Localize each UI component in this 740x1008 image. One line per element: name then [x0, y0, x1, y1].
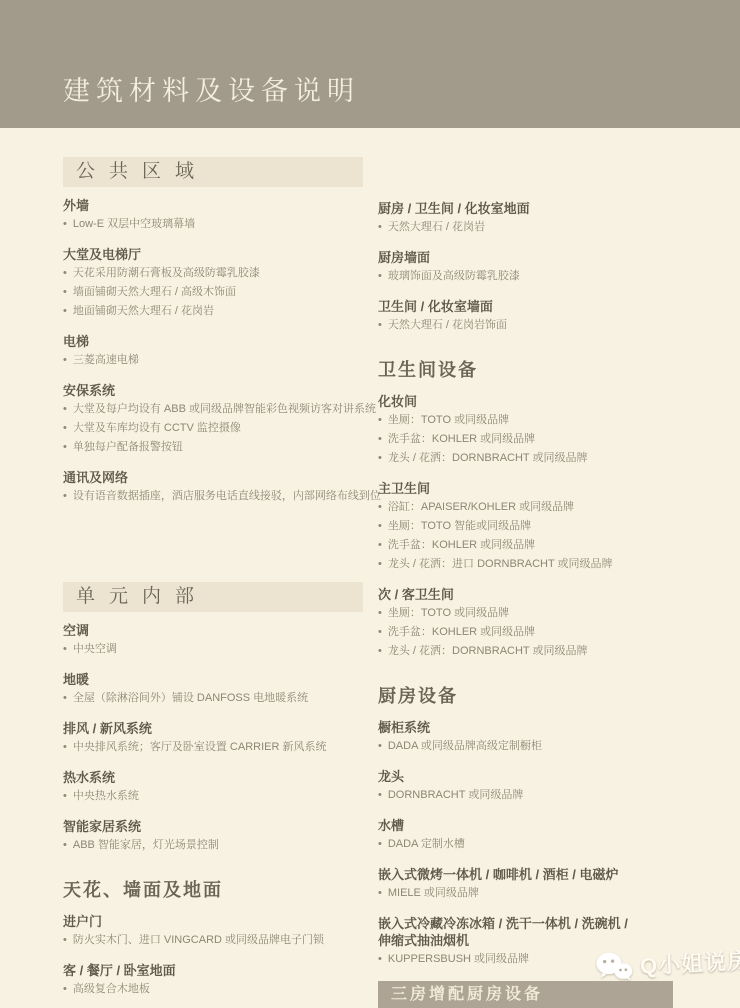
bullet-dot-icon: • [63, 489, 67, 504]
spec-item: 空调•中央空调 [63, 622, 363, 657]
page-title: 建筑材料及设备说明 [63, 69, 360, 108]
bullet-dot-icon: • [63, 789, 67, 804]
bullet-item: •坐厕：TOTO 智能或同级品牌 [378, 519, 718, 534]
spec-item: 主卫生间•浴缸：APAISER/KOHLER 或同级品牌•坐厕：TOTO 智能或… [378, 480, 718, 572]
bullet-text: ABB 智能家居，灯光场景控制 [73, 838, 219, 853]
bullet-dot-icon: • [378, 886, 382, 901]
bullet-text: 墙面铺砌天然大理石 / 高级木饰面 [73, 285, 236, 300]
left-column: 公共区域外墙•Low-E 双层中空玻璃幕墙大堂及电梯厅•天花采用防潮石膏板及高级… [63, 157, 363, 1008]
bullet-text: DADA 或同级品牌高级定制橱柜 [388, 739, 542, 754]
spec-item: 次 / 客卫生间•坐厕：TOTO 或同级品牌•洗手盆：KOHLER 或同级品牌•… [378, 586, 718, 659]
bullet-dot-icon: • [378, 557, 382, 572]
item-heading: 化妆间 [378, 393, 718, 410]
bullet-dot-icon: • [63, 421, 67, 436]
bullet-item: •MIELE 或同级品牌 [378, 886, 718, 901]
bullet-text: 大堂及每户均设有 ABB 或同级品牌智能彩色视频访客对讲系统 [73, 402, 376, 417]
bullet-dot-icon: • [378, 269, 382, 284]
item-heading: 橱柜系统 [378, 719, 718, 736]
bullet-text: 设有语音数据插座，酒店服务电话直线接驳，内部网络布线到位 [73, 489, 381, 504]
bullet-item: •浴缸：APAISER/KOHLER 或同级品牌 [378, 500, 718, 515]
bullet-text: 龙头 / 花洒：进口 DORNBRACHT 或同级品牌 [388, 557, 613, 572]
bullet-item: •龙头 / 花洒：进口 DORNBRACHT 或同级品牌 [378, 557, 718, 572]
right-column: 厨房 / 卫生间 / 化妆室地面•天然大理石 / 花岗岩厨房墙面•玻璃饰面及高级… [378, 200, 718, 1008]
item-heading: 外墙 [63, 197, 363, 214]
bullet-item: •龙头 / 花洒：DORNBRACHT 或同级品牌 [378, 644, 718, 659]
bullet-item: •高级复合木地板 [63, 982, 363, 997]
section-bar: 公共区域 [63, 157, 363, 187]
header-band: 建筑材料及设备说明 [0, 0, 740, 128]
bullet-item: •地面铺砌天然大理石 / 花岗岩 [63, 304, 363, 319]
bullet-dot-icon: • [378, 625, 382, 640]
bullet-dot-icon: • [63, 304, 67, 319]
bullet-text: MIELE 或同级品牌 [388, 886, 479, 901]
spec-item: 安保系统•大堂及每户均设有 ABB 或同级品牌智能彩色视频访客对讲系统•大堂及车… [63, 382, 363, 455]
spec-item: 排风 / 新风系统•中央排风系统；客厅及卧室设置 CARRIER 新风系统 [63, 720, 363, 755]
bullet-dot-icon: • [63, 353, 67, 368]
bullet-dot-icon: • [63, 217, 67, 232]
bullet-dot-icon: • [378, 739, 382, 754]
bullet-text: 天然大理石 / 花岗岩 [388, 220, 485, 235]
item-heading: 通讯及网络 [63, 469, 363, 486]
item-heading: 水槽 [378, 817, 718, 834]
bullet-text: 防火实木门、进口 VINGCARD 或同级品牌电子门锁 [73, 933, 324, 948]
spec-item: 地暖•全屋（除淋浴间外）铺设 DANFOSS 电地暖系统 [63, 671, 363, 706]
bullet-text: 洗手盆：KOHLER 或同级品牌 [388, 625, 535, 640]
bullet-dot-icon: • [378, 606, 382, 621]
bullet-dot-icon: • [378, 788, 382, 803]
bullet-text: 坐厕：TOTO 智能或同级品牌 [388, 519, 531, 534]
bullet-text: 玻璃饰面及高级防霉乳胶漆 [388, 269, 520, 284]
bullet-text: 中央热水系统 [73, 789, 139, 804]
spec-item: 龙头•DORNBRACHT 或同级品牌 [378, 768, 718, 803]
bullet-dot-icon: • [378, 952, 382, 967]
bullet-item: •坐厕：TOTO 或同级品牌 [378, 413, 718, 428]
bullet-item: •中央空调 [63, 642, 363, 657]
item-heading: 主卫生间 [378, 480, 718, 497]
section-bar: 单元内部 [63, 582, 363, 612]
bullet-text: 中央排风系统；客厅及卧室设置 CARRIER 新风系统 [73, 740, 327, 755]
bullet-item: •大堂及车库均设有 CCTV 监控摄像 [63, 421, 363, 436]
bullet-text: 龙头 / 花洒：DORNBRACHT 或同级品牌 [388, 644, 588, 659]
bullet-item: •天然大理石 / 花岗岩饰面 [378, 318, 718, 333]
highlight-bar: 三房增配厨房设备 [378, 981, 673, 1008]
bullet-text: 坐厕：TOTO 或同级品牌 [388, 413, 509, 428]
bullet-item: •Low-E 双层中空玻璃幕墙 [63, 217, 363, 232]
spec-item: 厨房墙面•玻璃饰面及高级防霉乳胶漆 [378, 249, 718, 284]
bullet-dot-icon: • [378, 318, 382, 333]
bullet-dot-icon: • [378, 519, 382, 534]
item-heading: 卫生间 / 化妆室墙面 [378, 298, 718, 315]
spec-sheet-page: 建筑材料及设备说明 公共区域外墙•Low-E 双层中空玻璃幕墙大堂及电梯厅•天花… [0, 0, 740, 1008]
bullet-text: 单独每户配备报警按钮 [73, 440, 183, 455]
item-heading: 嵌入式冷藏冷冻冰箱 / 洗干一体机 / 洗碗机 / 伸缩式抽油烟机 [378, 915, 718, 949]
bullet-item: •洗手盆：KOHLER 或同级品牌 [378, 432, 718, 447]
bullet-dot-icon: • [63, 402, 67, 417]
bullet-text: 中央空调 [73, 642, 117, 657]
item-heading: 电梯 [63, 333, 363, 350]
sub-section-heading: 天花、墙面及地面 [63, 877, 363, 903]
item-heading: 大堂及电梯厅 [63, 246, 363, 263]
bullet-dot-icon: • [63, 266, 67, 281]
bullet-dot-icon: • [63, 285, 67, 300]
bullet-item: •坐厕：TOTO 或同级品牌 [378, 606, 718, 621]
bullet-dot-icon: • [63, 642, 67, 657]
bullet-item: •ABB 智能家居，灯光场景控制 [63, 838, 363, 853]
bullet-text: 天然大理石 / 花岗岩饰面 [388, 318, 507, 333]
bullet-text: 洗手盆：KOHLER 或同级品牌 [388, 432, 535, 447]
item-heading: 智能家居系统 [63, 818, 363, 835]
bullet-text: DADA 定制水槽 [388, 837, 465, 852]
bullet-text: 浴缸：APAISER/KOHLER 或同级品牌 [388, 500, 574, 515]
bullet-item: •玻璃饰面及高级防霉乳胶漆 [378, 269, 718, 284]
item-heading: 空调 [63, 622, 363, 639]
bullet-text: 洗手盆：KOHLER 或同级品牌 [388, 538, 535, 553]
bullet-item: •DADA 定制水槽 [378, 837, 718, 852]
item-heading: 安保系统 [63, 382, 363, 399]
item-heading: 厨房墙面 [378, 249, 718, 266]
item-heading: 客 / 餐厅 / 卧室地面 [63, 962, 363, 979]
bullet-item: •单独每户配备报警按钮 [63, 440, 363, 455]
spec-item: 客 / 餐厅 / 卧室地面•高级复合木地板 [63, 962, 363, 997]
bullet-dot-icon: • [378, 500, 382, 515]
bullet-dot-icon: • [63, 933, 67, 948]
spec-item: 大堂及电梯厅•天花采用防潮石膏板及高级防霉乳胶漆•墙面铺砌天然大理石 / 高级木… [63, 246, 363, 319]
bullet-text: 天花采用防潮石膏板及高级防霉乳胶漆 [73, 266, 260, 281]
item-heading: 排风 / 新风系统 [63, 720, 363, 737]
bullet-dot-icon: • [63, 691, 67, 706]
spec-item: 外墙•Low-E 双层中空玻璃幕墙 [63, 197, 363, 232]
bullet-text: DORNBRACHT 或同级品牌 [388, 788, 523, 803]
bullet-item: •防火实木门、进口 VINGCARD 或同级品牌电子门锁 [63, 933, 363, 948]
bullet-item: •大堂及每户均设有 ABB 或同级品牌智能彩色视频访客对讲系统 [63, 402, 363, 417]
bullet-item: •天花采用防潮石膏板及高级防霉乳胶漆 [63, 266, 363, 281]
bullet-item: •中央热水系统 [63, 789, 363, 804]
bullet-item: •全屋（除淋浴间外）铺设 DANFOSS 电地暖系统 [63, 691, 363, 706]
bullet-item: •DORNBRACHT 或同级品牌 [378, 788, 718, 803]
bullet-text: 坐厕：TOTO 或同级品牌 [388, 606, 509, 621]
item-heading: 龙头 [378, 768, 718, 785]
bullet-text: 龙头 / 花洒：DORNBRACHT 或同级品牌 [388, 451, 588, 466]
bullet-text: KUPPERSBUSH 或同级品牌 [388, 952, 529, 967]
bullet-text: 三菱高速电梯 [73, 353, 139, 368]
spec-item: 通讯及网络•设有语音数据插座，酒店服务电话直线接驳，内部网络布线到位 [63, 469, 363, 504]
bullet-dot-icon: • [378, 451, 382, 466]
bullet-item: •墙面铺砌天然大理石 / 高级木饰面 [63, 285, 363, 300]
bullet-text: 高级复合木地板 [73, 982, 150, 997]
sub-section-heading: 厨房设备 [378, 683, 718, 709]
spec-item: 厨房 / 卫生间 / 化妆室地面•天然大理石 / 花岗岩 [378, 200, 718, 235]
item-heading: 地暖 [63, 671, 363, 688]
spec-item: 嵌入式微烤一体机 / 咖啡机 / 酒柜 / 电磁炉•MIELE 或同级品牌 [378, 866, 718, 901]
bullet-text: Low-E 双层中空玻璃幕墙 [73, 217, 195, 232]
bullet-item: •DADA 或同级品牌高级定制橱柜 [378, 739, 718, 754]
bullet-item: •洗手盆：KOHLER 或同级品牌 [378, 538, 718, 553]
spec-item: 卫生间 / 化妆室墙面•天然大理石 / 花岗岩饰面 [378, 298, 718, 333]
spec-item: 进户门•防火实木门、进口 VINGCARD 或同级品牌电子门锁 [63, 913, 363, 948]
spec-item: 电梯•三菱高速电梯 [63, 333, 363, 368]
watermark-label: Q小姐说房 [639, 944, 740, 981]
bullet-item: •天然大理石 / 花岗岩 [378, 220, 718, 235]
bullet-text: 大堂及车库均设有 CCTV 监控摄像 [73, 421, 241, 436]
bullet-dot-icon: • [63, 838, 67, 853]
wechat-icon [595, 950, 634, 983]
bullet-item: •中央排风系统；客厅及卧室设置 CARRIER 新风系统 [63, 740, 363, 755]
bullet-dot-icon: • [378, 538, 382, 553]
bullet-dot-icon: • [378, 644, 382, 659]
spec-item: 水槽•DADA 定制水槽 [378, 817, 718, 852]
bullet-item: •洗手盆：KOHLER 或同级品牌 [378, 625, 718, 640]
item-heading: 热水系统 [63, 769, 363, 786]
spec-item: 橱柜系统•DADA 或同级品牌高级定制橱柜 [378, 719, 718, 754]
bullet-item: •三菱高速电梯 [63, 353, 363, 368]
spec-item: 化妆间•坐厕：TOTO 或同级品牌•洗手盆：KOHLER 或同级品牌•龙头 / … [378, 393, 718, 466]
spec-item: 热水系统•中央热水系统 [63, 769, 363, 804]
item-heading: 嵌入式微烤一体机 / 咖啡机 / 酒柜 / 电磁炉 [378, 866, 718, 883]
item-heading: 厨房 / 卫生间 / 化妆室地面 [378, 200, 718, 217]
bullet-dot-icon: • [63, 740, 67, 755]
bullet-dot-icon: • [378, 413, 382, 428]
bullet-item: •龙头 / 花洒：DORNBRACHT 或同级品牌 [378, 451, 718, 466]
item-heading: 进户门 [63, 913, 363, 930]
bullet-dot-icon: • [378, 220, 382, 235]
bullet-text: 地面铺砌天然大理石 / 花岗岩 [73, 304, 214, 319]
bullet-dot-icon: • [63, 440, 67, 455]
spec-item: 智能家居系统•ABB 智能家居，灯光场景控制 [63, 818, 363, 853]
sub-section-heading: 卫生间设备 [378, 357, 718, 383]
bullet-dot-icon: • [378, 837, 382, 852]
bullet-item: •设有语音数据插座，酒店服务电话直线接驳，内部网络布线到位 [63, 489, 363, 504]
bullet-dot-icon: • [378, 432, 382, 447]
bullet-dot-icon: • [63, 982, 67, 997]
item-heading: 次 / 客卫生间 [378, 586, 718, 603]
bullet-text: 全屋（除淋浴间外）铺设 DANFOSS 电地暖系统 [73, 691, 308, 706]
